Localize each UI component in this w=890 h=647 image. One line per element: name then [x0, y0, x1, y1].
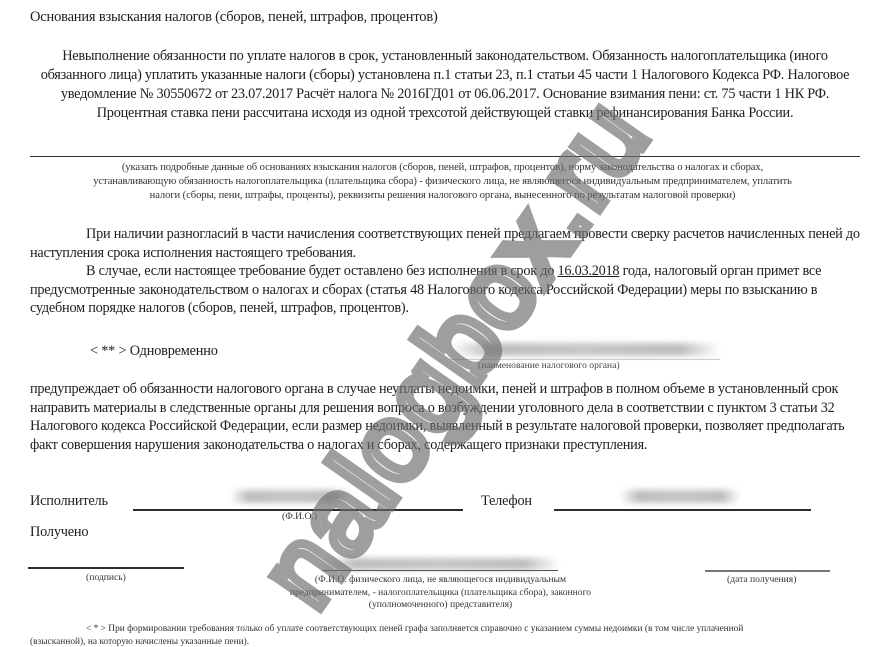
basis-underline: [30, 156, 860, 157]
basis-hint: (указать подробные данные об основаниях …: [80, 161, 805, 203]
simultaneously-label: < ** > Одновременно: [90, 343, 218, 360]
redacted-recipient-name: [320, 558, 560, 570]
date-received-hint: (дата получения): [727, 574, 796, 585]
date-received-line: [705, 570, 830, 572]
footnote: < * > При формировании требования только…: [30, 623, 790, 647]
recipient-name-line: [322, 570, 558, 571]
redacted-tax-authority-name: [450, 343, 720, 356]
deadline-paragraph: В случае, если настоящее требование буде…: [30, 262, 860, 318]
reconciliation-paragraph: При наличии разногласий в части начислен…: [30, 225, 860, 262]
fio-hint: (Ф.И.О.): [282, 511, 317, 522]
signature-hint: (подпись): [86, 572, 126, 583]
warning-paragraph: предупреждает об обязанности налогового …: [30, 380, 860, 454]
redacted-phone: [620, 490, 740, 503]
deadline-date: 16.03.2018: [557, 263, 619, 279]
received-label: Получено: [30, 524, 88, 541]
tax-authority-hint: (наименование налогового органа): [478, 360, 620, 371]
section-heading: Основания взыскания налогов (сборов, пен…: [30, 9, 438, 26]
redacted-executor-name: [230, 490, 350, 503]
phone-label: Телефон: [481, 493, 532, 510]
executor-label: Исполнитель: [30, 493, 108, 510]
signature-line: [28, 567, 184, 569]
recipient-hint: (Ф.И.О. физического лица, не являющегося…: [288, 574, 593, 612]
phone-line: [554, 509, 811, 511]
collection-basis-text: Невыполнение обязанности по уплате налог…: [30, 47, 860, 123]
